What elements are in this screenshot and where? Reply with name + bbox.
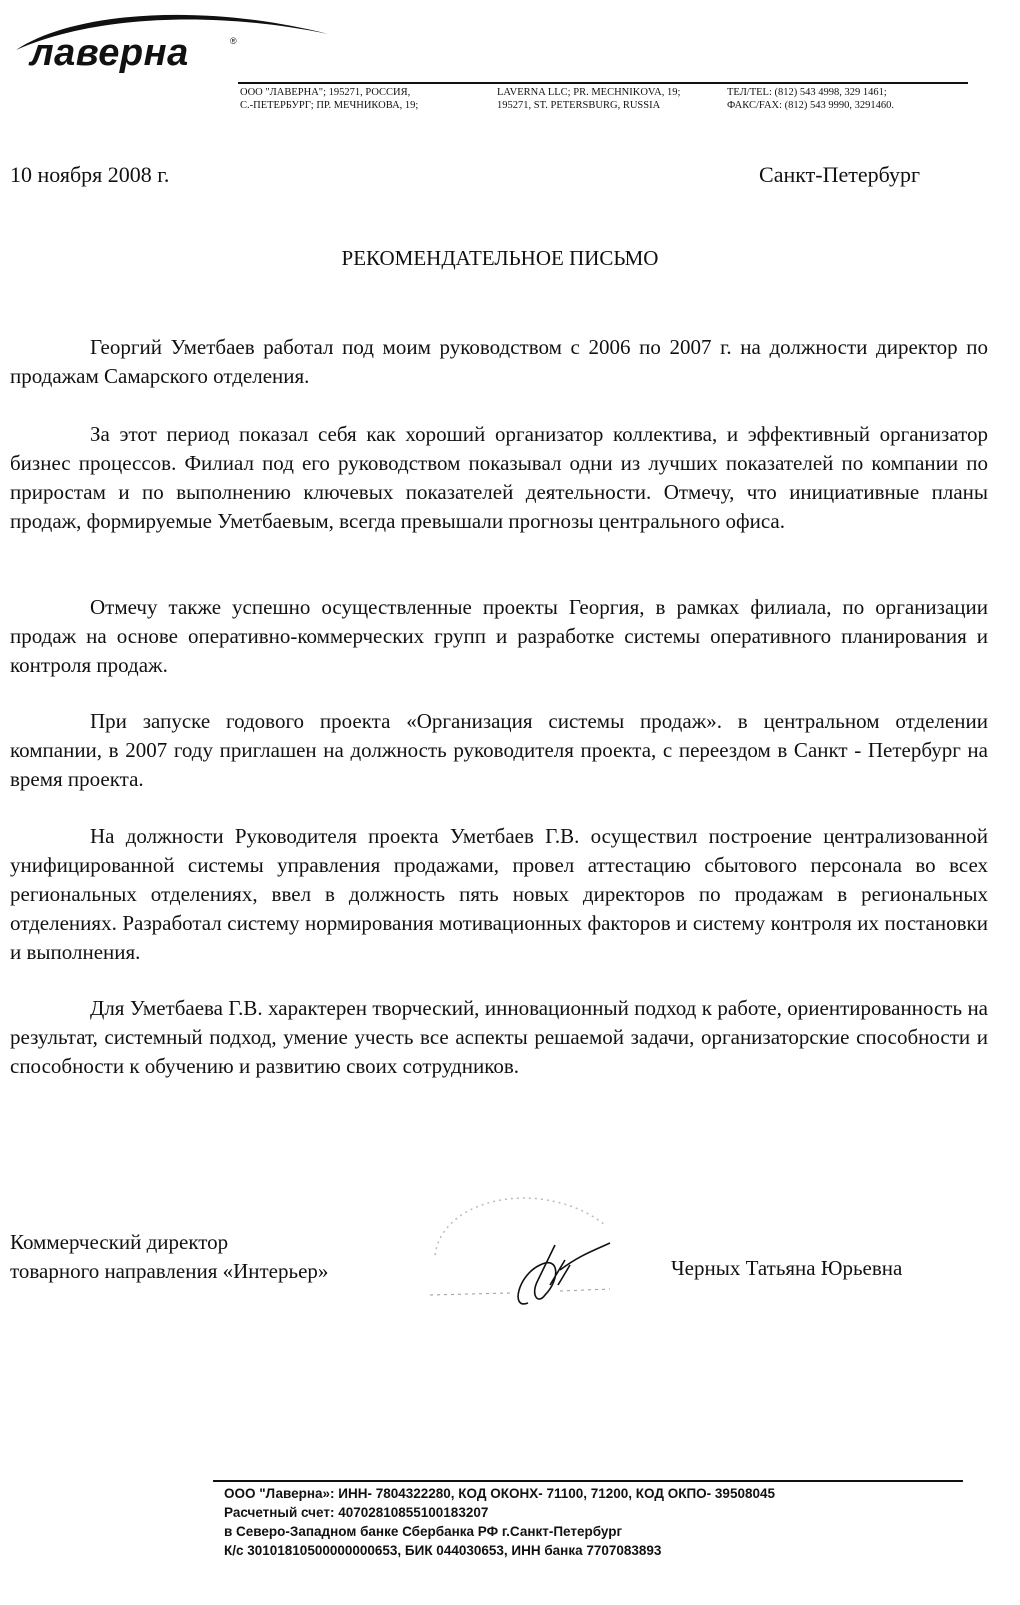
footer-requisites: ООО "Лаверна»: ИНН- 7804322280, КОД ОКОН…: [224, 1484, 775, 1560]
body-paragraph: Для Уметбаева Г.В. характерен творческий…: [10, 994, 988, 1081]
signatory-name: Черных Татьяна Юрьевна: [671, 1256, 902, 1281]
footer-line: Расчетный счет: 40702810855100183207: [224, 1503, 775, 1522]
company-logo: лаверна: [30, 32, 189, 75]
letter-city: Санкт-Петербург: [759, 162, 920, 188]
header-en-address-line: 195271, ST. PETERSBURG, RUSSIA: [497, 99, 680, 112]
header-en-address: LAVERNA LLC; PR. MECHNIKOVA, 19; 195271,…: [497, 86, 680, 112]
header-ru-address-line: С.-ПЕТЕРБУРГ; ПР. МЕЧНИКОВА, 19;: [240, 99, 418, 112]
paragraph-text: За этот период показал себя как хороший …: [10, 420, 988, 536]
signatory-position: Коммерческий директор товарного направле…: [10, 1228, 328, 1286]
footer-line: К/с 30101810500000000653, БИК 044030653,…: [224, 1541, 775, 1560]
body-paragraph: При запуске годового проекта «Организаци…: [10, 707, 988, 794]
header-phone: ТЕЛ/TEL: (812) 543 4998, 329 1461;: [727, 86, 894, 99]
letter-date: 10 ноября 2008 г.: [10, 162, 169, 188]
header-ru-address: ООО "ЛАВЕРНА"; 195271, РОССИЯ, С.-ПЕТЕРБ…: [240, 86, 418, 112]
paragraph-text: Отмечу также успешно осуществленные прое…: [10, 593, 988, 680]
signatory-position-line: товарного направления «Интерьер»: [10, 1257, 328, 1286]
document-title: РЕКОМЕНДАТЕЛЬНОЕ ПИСЬМО: [0, 246, 1000, 271]
header-contacts: ТЕЛ/TEL: (812) 543 4998, 329 1461; ФАКС/…: [727, 86, 894, 112]
signature-stamp-icon: [410, 1185, 640, 1325]
footer-line: в Северо-Западном банке Сбербанка РФ г.С…: [224, 1522, 775, 1541]
paragraph-text: Георгий Уметбаев работал под моим руково…: [10, 333, 988, 391]
header-ru-address-line: ООО "ЛАВЕРНА"; 195271, РОССИЯ,: [240, 86, 418, 99]
paragraph-text: Для Уметбаева Г.В. характерен творческий…: [10, 994, 988, 1081]
footer-line: ООО "Лаверна»: ИНН- 7804322280, КОД ОКОН…: [224, 1484, 775, 1503]
body-paragraph: Отмечу также успешно осуществленные прое…: [10, 593, 988, 680]
body-paragraph: На должности Руководителя проекта Уметба…: [10, 822, 988, 967]
paragraph-text: При запуске годового проекта «Организаци…: [10, 707, 988, 794]
body-paragraph: Георгий Уметбаев работал под моим руково…: [10, 333, 988, 391]
signatory-position-line: Коммерческий директор: [10, 1228, 328, 1257]
paragraph-text: На должности Руководителя проекта Уметба…: [10, 822, 988, 967]
header-en-address-line: LAVERNA LLC; PR. MECHNIKOVA, 19;: [497, 86, 680, 99]
footer-divider: [213, 1480, 963, 1482]
body-paragraph: За этот период показал себя как хороший …: [10, 420, 988, 536]
header-fax: ФАКС/FAX: (812) 543 9990, 3291460.: [727, 99, 894, 112]
registered-mark-icon: ®: [230, 36, 237, 46]
header-divider: [238, 82, 968, 84]
